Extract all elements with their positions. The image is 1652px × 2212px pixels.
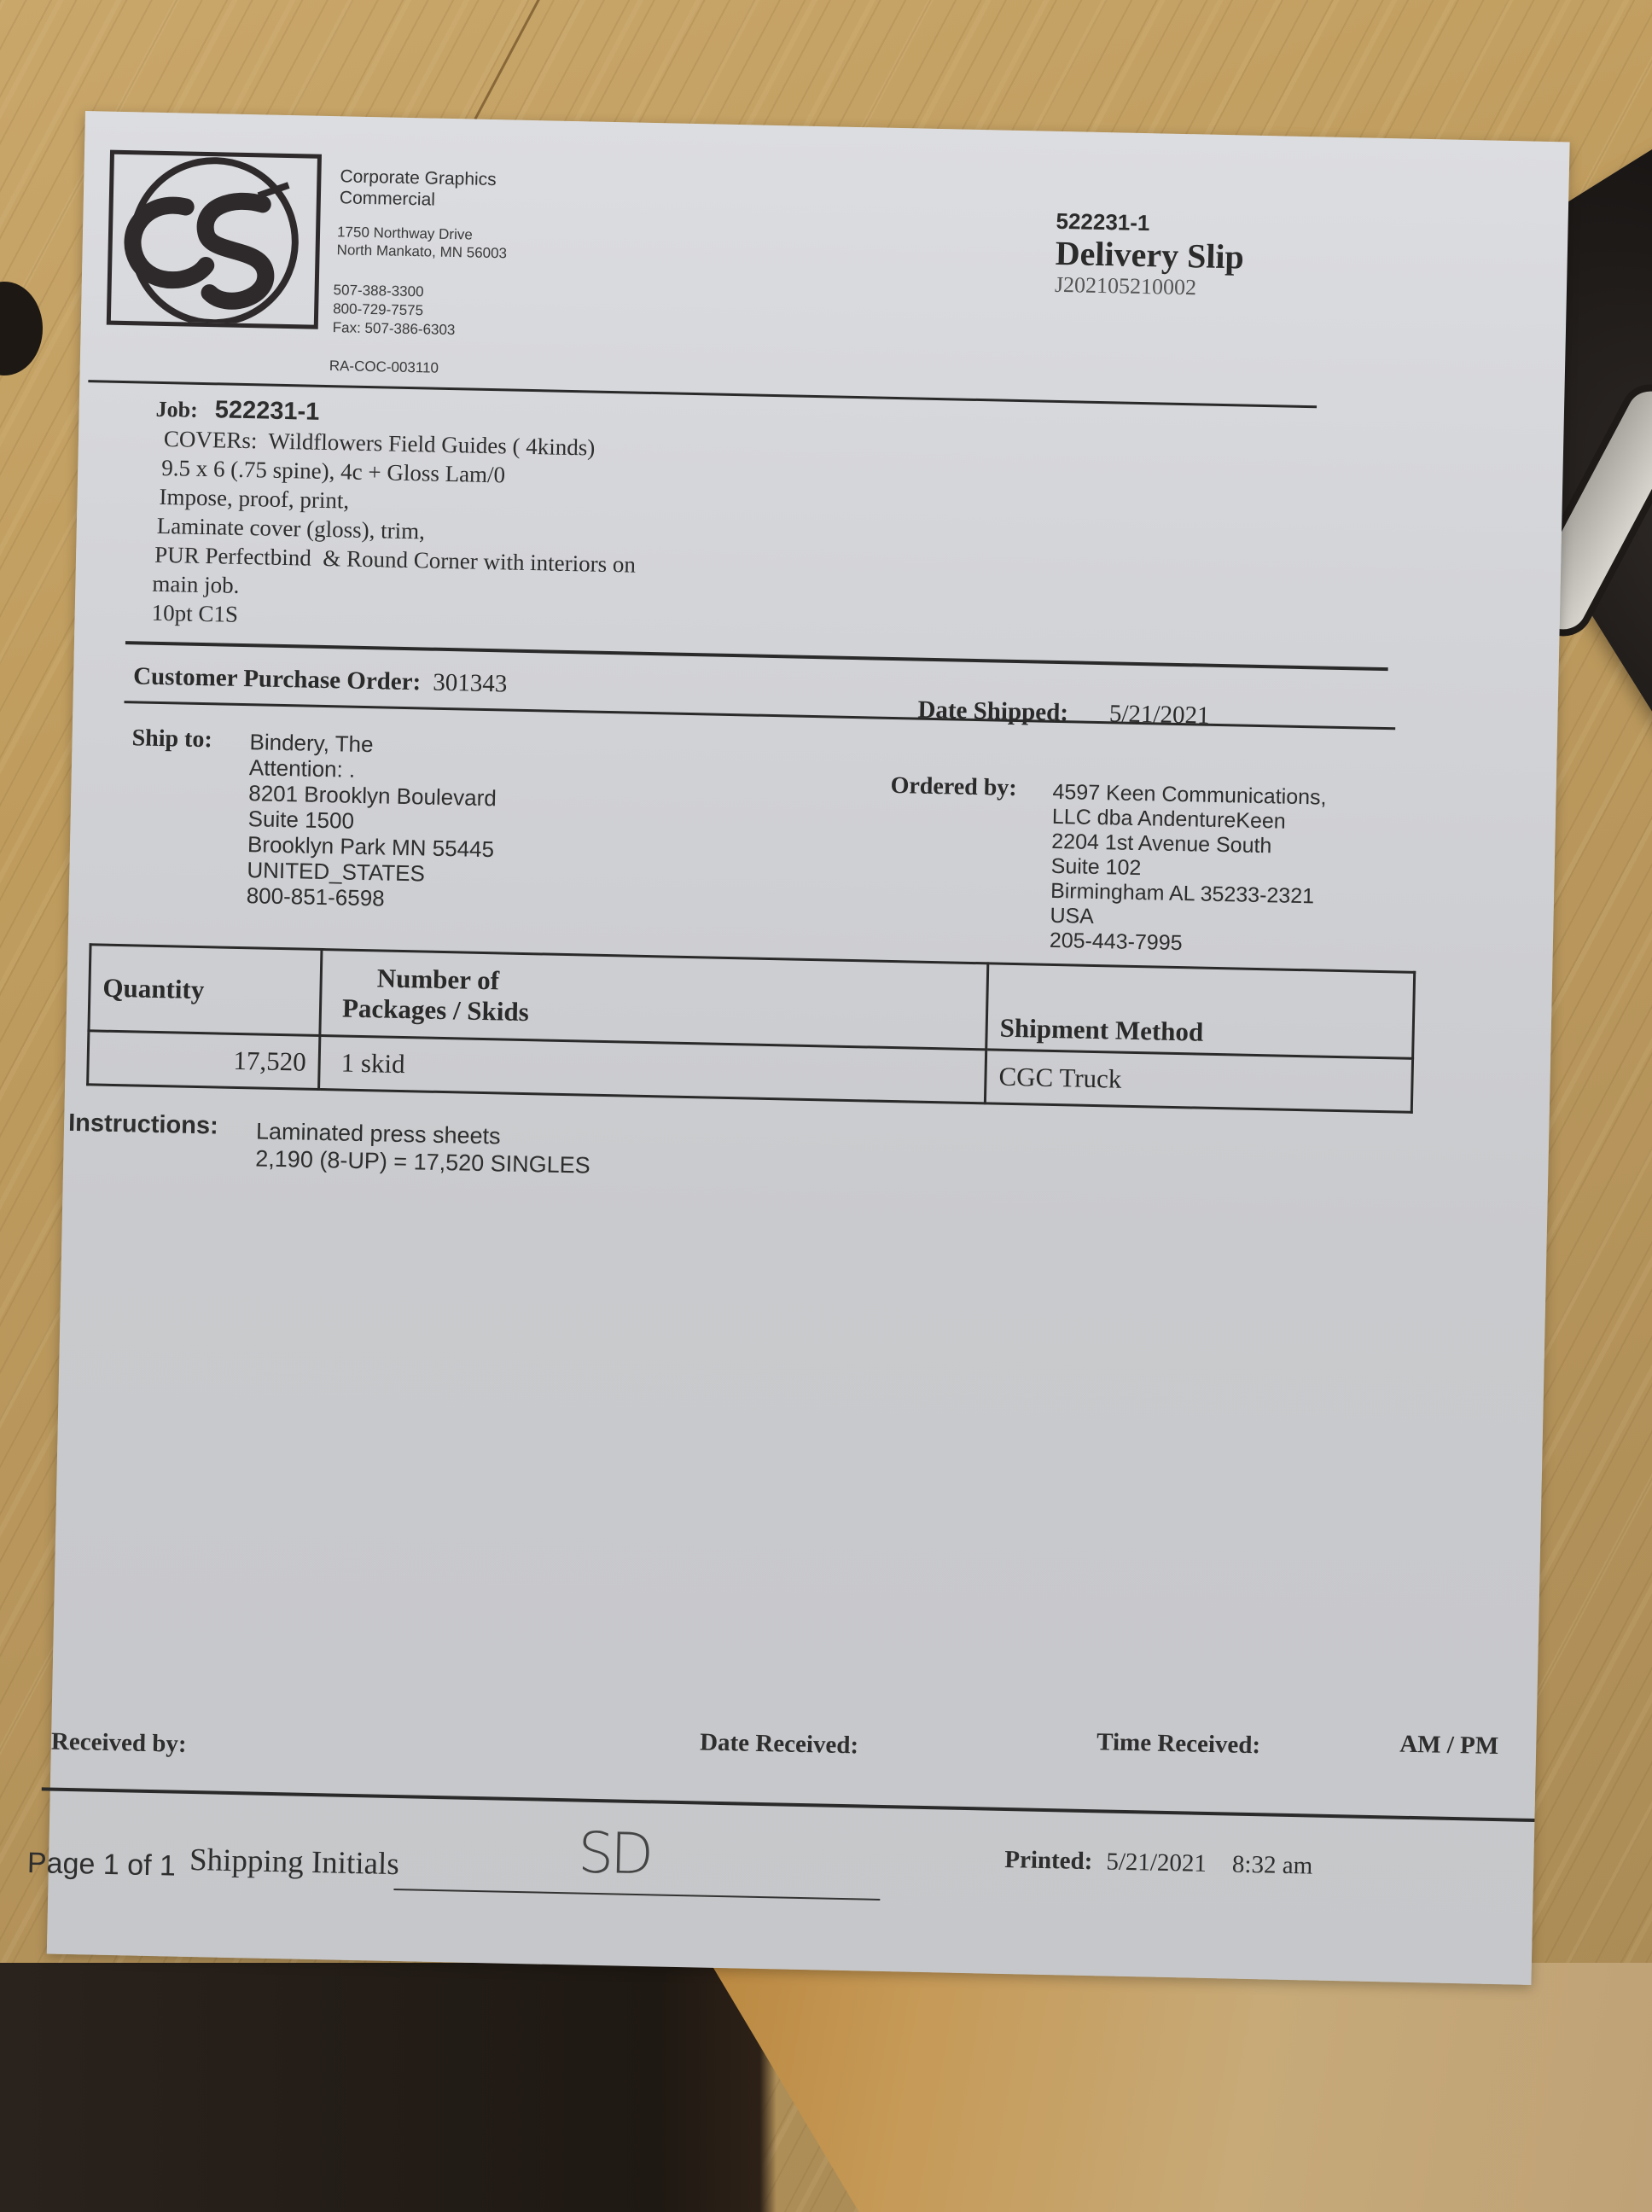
- divider: [42, 1787, 1535, 1822]
- shipping-initials-label: Shipping Initials: [189, 1842, 400, 1883]
- cg-monogram-logo-icon: [107, 150, 322, 329]
- company-name: Corporate Graphics Commercial: [340, 166, 497, 212]
- shipping-initials-handwritten: SD: [578, 1820, 651, 1888]
- po-number: 301343: [433, 669, 508, 698]
- page-indicator: Page 1 of 1: [27, 1847, 177, 1883]
- certification-code: RA-COC-003110: [329, 358, 439, 377]
- quantity-cell: 17,520: [88, 1031, 320, 1090]
- column-header-quantity: Quantity: [89, 945, 322, 1036]
- received-by-label: Received by:: [51, 1728, 187, 1759]
- ordered-by-label: Ordered by:: [890, 772, 1017, 802]
- shipment-table: Quantity Number of Packages / Skids Ship…: [86, 943, 1416, 1114]
- delivery-slip-document: Corporate Graphics Commercial 1750 North…: [47, 111, 1570, 1985]
- slip-code: J202105210002: [1055, 272, 1244, 302]
- date-shipped: Date Shipped:5/21/2021: [917, 696, 1210, 731]
- company-phones: 507-388-3300 800-729-7575 Fax: 507-386-6…: [333, 281, 457, 340]
- shipping-initials-line: [393, 1889, 880, 1901]
- purchase-order: Customer Purchase Order:301343: [133, 662, 508, 698]
- date-received-label: Date Received:: [700, 1729, 859, 1761]
- am-pm-label: AM / PM: [1399, 1731, 1499, 1761]
- shipment-method-cell: CGC Truck: [985, 1050, 1412, 1112]
- job-description: COVERs: Wildflowers Field Guides ( 4kind…: [151, 424, 638, 637]
- column-header-packages: Number of Packages / Skids: [320, 950, 988, 1050]
- instructions-label: Instructions:: [68, 1109, 218, 1141]
- printed-timestamp: Printed:5/21/20218:32 am: [1004, 1846, 1313, 1881]
- column-header-shipment-method: Shipment Method: [986, 963, 1415, 1058]
- ship-to-address: Bindery, The Attention: . 8201 Brooklyn …: [246, 729, 497, 913]
- ship-to-label: Ship to:: [131, 725, 212, 754]
- job-label: Job:: [155, 397, 198, 422]
- time-received-label: Time Received:: [1096, 1728, 1261, 1760]
- company-address: 1750 Northway Drive North Mankato, MN 56…: [336, 223, 507, 262]
- slip-header: 522231-1 Delivery Slip J202105210002: [1055, 208, 1245, 302]
- ordered-by-address: 4597 Keen Communications, LLC dba Andent…: [1050, 780, 1327, 959]
- page-title: Delivery Slip: [1055, 235, 1244, 276]
- instructions-text: Laminated press sheets 2,190 (8-UP) = 17…: [255, 1117, 591, 1179]
- job-number: 522231-1: [214, 396, 319, 426]
- job-section: Job:522231-1 COVERs: Wildflowers Field G…: [151, 394, 639, 637]
